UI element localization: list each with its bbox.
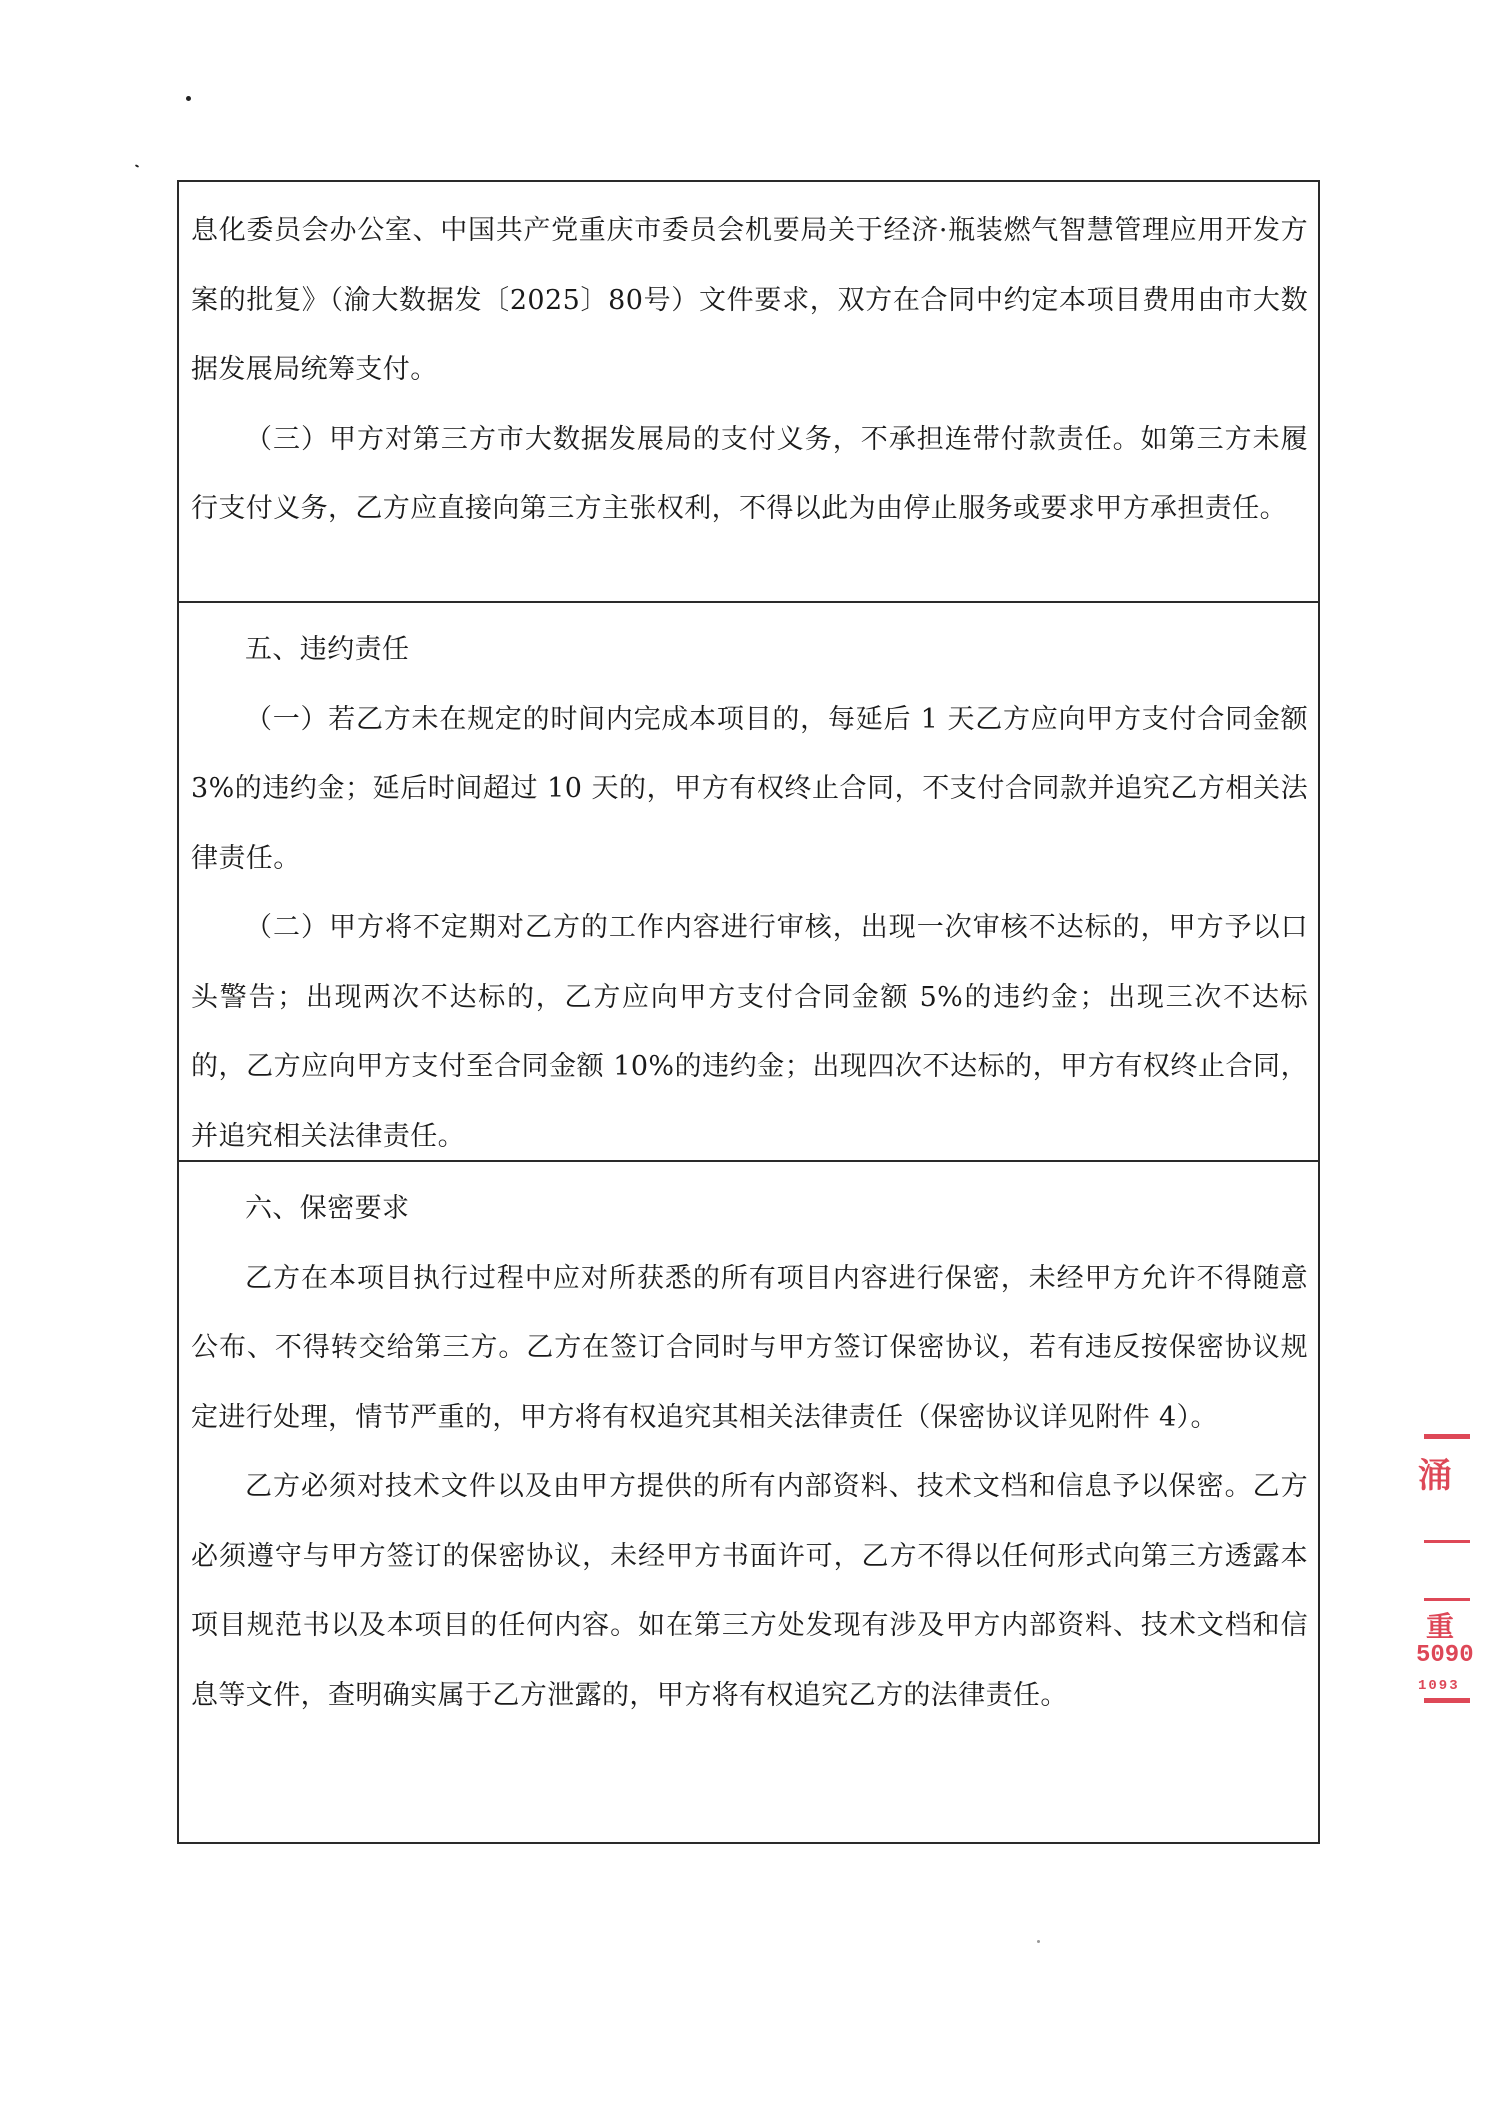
seal-border-line	[1424, 1698, 1470, 1703]
seal-border-line	[1424, 1598, 1470, 1601]
seal-character-bottom: 重	[1426, 1605, 1454, 1645]
section-confidentiality: 六、保密要求 乙方在本项目执行过程中应对所获悉的所有项目内容进行保密，未经甲方允…	[179, 1160, 1318, 1842]
section-heading-confidentiality: 六、保密要求	[191, 1174, 1308, 1244]
seal-number-main: 5090	[1416, 1642, 1474, 1669]
seal-number-small: 1093	[1418, 1678, 1460, 1694]
paragraph-breach-clause-2: （二）甲方将不定期对乙方的工作内容进行审核，出现一次审核不达标的，甲方予以口头警…	[191, 893, 1308, 1171]
paragraph-confidentiality-1: 乙方在本项目执行过程中应对所获悉的所有项目内容进行保密，未经甲方允许不得随意公布…	[191, 1244, 1308, 1453]
section-breach-liability: 五、违约责任 （一）若乙方未在规定的时间内完成本项目的，每延后 1 天乙方应向甲…	[179, 601, 1318, 1160]
scan-speck	[1037, 1940, 1040, 1943]
paragraph-payment-clause-3: （三）甲方对第三方市大数据发展局的支付义务，不承担连带付款责任。如第三方未履行支…	[191, 405, 1308, 544]
paragraph-confidentiality-2: 乙方必须对技术文件以及由甲方提供的所有内部资料、技术文档和信息予以保密。乙方必须…	[191, 1452, 1308, 1730]
paragraph-payment-approval: 息化委员会办公室、中国共产党重庆市委员会机要局关于经济·瓶装燃气智慧管理应用开发…	[191, 196, 1308, 405]
seal-character-top: 涌	[1418, 1448, 1452, 1497]
seal-border-line	[1424, 1434, 1470, 1439]
scan-speck	[135, 164, 139, 168]
paragraph-breach-clause-1: （一）若乙方未在规定的时间内完成本项目的，每延后 1 天乙方应向甲方支付合同金额…	[191, 685, 1308, 894]
red-seal-stamp: 涌 重 5090 1093	[1414, 1410, 1474, 1710]
scan-speck	[186, 96, 191, 101]
section-payment-continued: 息化委员会办公室、中国共产党重庆市委员会机要局关于经济·瓶装燃气智慧管理应用开发…	[179, 182, 1318, 601]
contract-table: 息化委员会办公室、中国共产党重庆市委员会机要局关于经济·瓶装燃气智慧管理应用开发…	[177, 180, 1320, 1844]
seal-border-line	[1424, 1540, 1470, 1543]
section-heading-breach: 五、违约责任	[191, 615, 1308, 685]
